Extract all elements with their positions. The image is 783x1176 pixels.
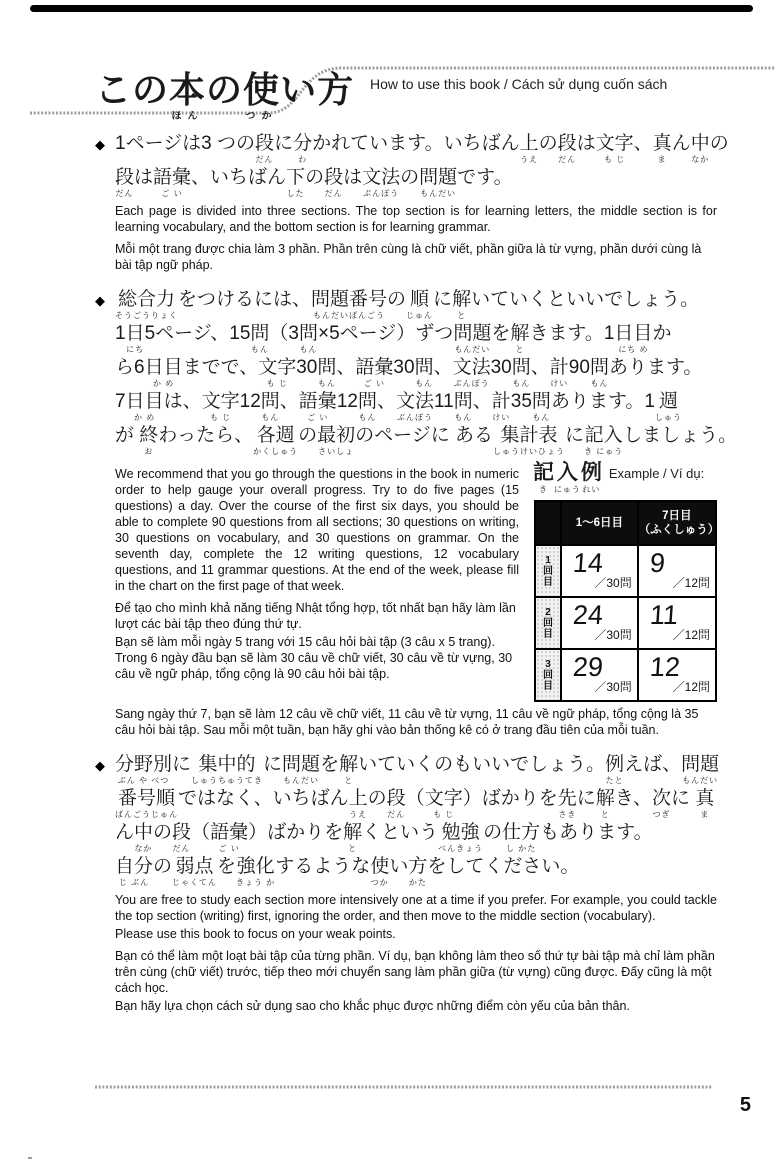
vietnamese-translation: Bạn có thể làm một loạt bài tập của từng… <box>115 948 717 1014</box>
score-denominator: ／30問 <box>594 574 631 591</box>
table-column-header: 7日目（ふくしゅう） <box>638 501 716 545</box>
score-denominator: ／12問 <box>673 574 710 591</box>
section-page-structure: ◆ 1ページは3 つの段だんに分わかれています。いちばん上うえの段だんは文字も … <box>95 132 717 275</box>
example-label: 記き入にゅう例れい <box>533 461 602 494</box>
score-cell: 24／30問 <box>561 597 638 649</box>
table-row: 3回目29／30問12／12問 <box>535 649 716 701</box>
score-cell: 9／12問 <box>638 545 716 597</box>
jp-text-line: 7日目か めは、文字も じ12問もん、語彙ご い12問もん、文法ぶんぽう11問も… <box>115 390 717 422</box>
handwritten-score: 9 <box>649 548 666 579</box>
score-example-table: 1～6日目7日目（ふくしゅう） 1回目14／30問9／12問2回目24／30問1… <box>534 500 717 702</box>
vietnamese-translation: Để tạo cho mình khả năng tiếng Nhật tổng… <box>115 600 519 682</box>
jp-text-line: 分野別ぶん や べつに集中的しゅうちゅうてきに問題もんだいを解といていくのもいい… <box>115 753 717 785</box>
jp-text-line: ら6日目か めまでで、文字も じ30問もん、語彙ご い30問もん、文法ぶんぽう3… <box>115 356 717 388</box>
jp-text-line: 総合力そうごうりょくをつけるには、問題番号もんだいばんごうの順じゅんに解といてい… <box>115 288 717 320</box>
page-number: 5 <box>740 1094 751 1117</box>
table-row: 1回目14／30問9／12問 <box>535 545 716 597</box>
score-cell: 12／12問 <box>638 649 716 701</box>
page-subtitle: How to use this book / Cách sử dụng cuốn… <box>370 76 667 92</box>
score-denominator: ／12問 <box>673 678 710 695</box>
row-label: 3回目 <box>535 649 561 701</box>
jp-text-line: 1ページは3 つの段だんに分わかれています。いちばん上うえの段だんは文字も じ、… <box>115 132 717 164</box>
english-translation: Each page is divided into three sections… <box>115 203 717 235</box>
diamond-bullet-icon: ◆ <box>95 288 115 740</box>
diamond-bullet-icon: ◆ <box>95 753 115 1016</box>
example-box: 記き入にゅう例れい Example / Ví dụ: 1～6日目7日目（ふくしゅ… <box>519 461 717 702</box>
english-translation: We recommend that you go through the que… <box>115 466 519 594</box>
scan-artifact-mark <box>28 1157 32 1159</box>
section-focus-study: ◆ 分野別ぶん や べつに集中的しゅうちゅうてきに問題もんだいを解といていくのも… <box>95 753 717 1016</box>
score-cell: 11／12問 <box>638 597 716 649</box>
page-content: ◆ 1ページは3 つの段だんに分わかれています。いちばん上うえの段だんは文字も … <box>95 132 717 1029</box>
diamond-bullet-icon: ◆ <box>95 132 115 275</box>
jp-text-line: 段だんは語彙ご い、いちばん下したの段だんは文法ぶんぽうの問題もんだいです。 <box>115 166 717 198</box>
jp-text-line: 番号順ばんごうじゅんではなく、いちばん上うえの段だん（文字も じ）ばかりを先さき… <box>115 787 717 819</box>
top-edge-bar <box>30 5 753 12</box>
section-study-order: ◆ 総合力そうごうりょくをつけるには、問題番号もんだいばんごうの順じゅんに解とい… <box>95 288 717 740</box>
table-column-header: 1～6日目 <box>561 501 638 545</box>
score-cell: 29／30問 <box>561 649 638 701</box>
jp-text-line: 自分じ ぶんの弱点じゃくてんを強化きょう かするような使つかい方かたをしてくださ… <box>115 855 717 887</box>
jp-text-line: 1日にち5ページ、15問もん（3問もん×5ページ）ずつ問題もんだいを解ときます。… <box>115 322 717 354</box>
vietnamese-translation: Mỗi một trang được chia làm 3 phần. Phần… <box>115 241 717 273</box>
table-row: 2回目24／30問11／12問 <box>535 597 716 649</box>
english-translation: You are free to study each section more … <box>115 892 717 942</box>
jp-text-line: ん中なかの段だん（語彙ご い）ばかりを解とくという勉強べんきょうの仕方し かたも… <box>115 821 717 853</box>
row-label: 1回目 <box>535 545 561 597</box>
score-denominator: ／12問 <box>673 626 710 643</box>
row-label: 2回目 <box>535 597 561 649</box>
jp-text-line: が 終おわったら、各週かくしゅうの最初さいしょのページに ある集計表しゅうけいひ… <box>115 424 717 456</box>
page-title: この本ほんの使つかい方 <box>95 69 354 122</box>
score-denominator: ／30問 <box>594 678 631 695</box>
table-corner-cell <box>535 501 561 545</box>
score-denominator: ／30問 <box>594 626 631 643</box>
example-table-body: 1回目14／30問9／12問2回目24／30問11／12問3回目29／30問12… <box>535 545 716 701</box>
vietnamese-translation-continued: Sang ngày thứ 7, bạn sẽ làm 12 câu về ch… <box>115 706 717 738</box>
score-cell: 14／30問 <box>561 545 638 597</box>
example-caption: Example / Ví dụ: <box>602 461 704 481</box>
table-header-row: 1～6日目7日目（ふくしゅう） <box>535 501 716 545</box>
book-page: { "ui": { "bullet_glyph": "◆" }, "colors… <box>0 0 783 1176</box>
